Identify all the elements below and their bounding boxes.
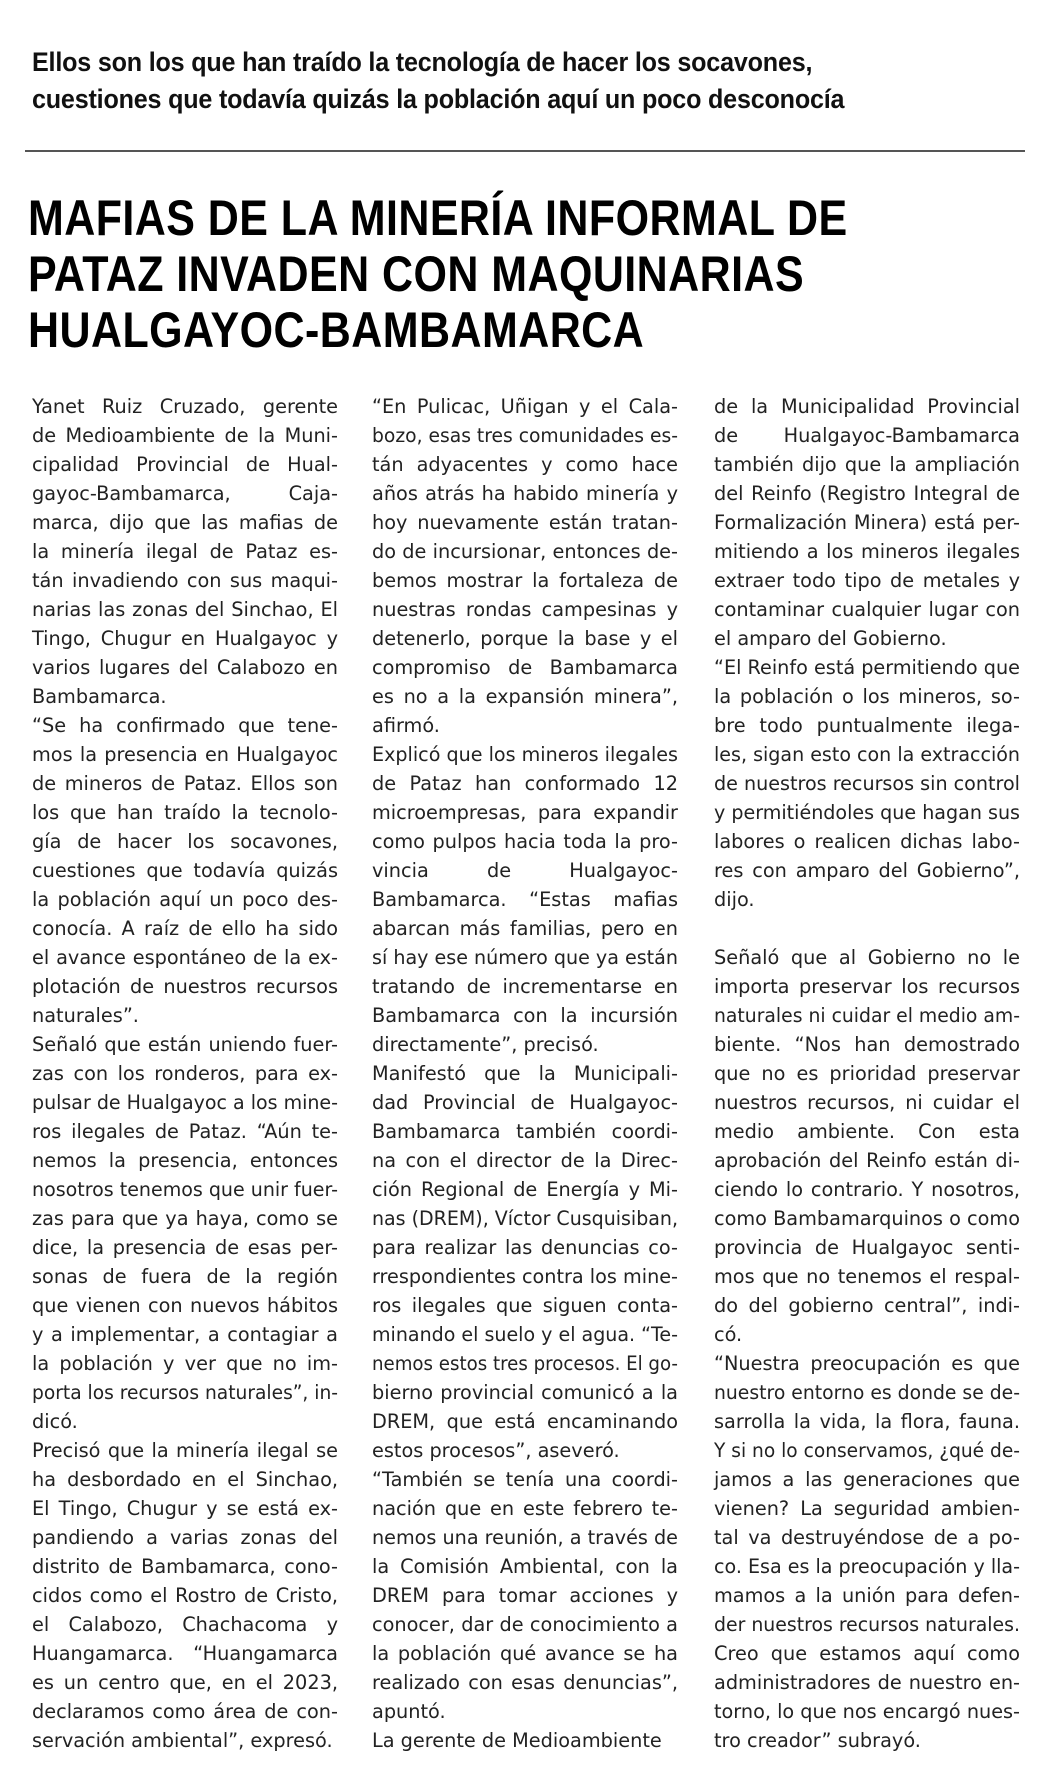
text-line: dijo. (714, 885, 1020, 914)
text-line: realizado con esas denuncias”, (372, 1668, 678, 1697)
headline: MAFIAS DE LA MINERÍA INFORMAL DE PATAZ I… (28, 190, 991, 358)
text-line: Explicó que los mineros ilegales (372, 740, 678, 769)
text-line: plotación de nuestros recursos (32, 972, 338, 1001)
text-line: del Reinfo (Registro Integral de (714, 479, 1020, 508)
paragraph-gap (714, 914, 1020, 943)
text-line: zas para que ya haya, como se (32, 1204, 338, 1233)
text-line: bre todo puntualmente ilega- (714, 711, 1020, 740)
text-line: y a implementar, a contagiar a (32, 1320, 338, 1349)
text-line: tratando de incrementarse en (372, 972, 678, 1001)
text-line: do de incursionar, entonces de- (372, 537, 678, 566)
text-line: para realizar las denuncias co- (372, 1233, 678, 1262)
pull-quote-line: Ellos son los que han traído la tecnolog… (32, 44, 953, 81)
text-line: nosotros tenemos que unir fuer- (32, 1175, 338, 1204)
text-line: hoy nuevamente están tratan- (372, 508, 678, 537)
text-line: bierno provincial comunicó a la (372, 1378, 678, 1407)
text-line: naturales ni cuidar el medio am- (714, 1001, 1020, 1030)
text-line: que vienen con nuevos hábitos (32, 1291, 338, 1320)
text-line: el avance espontáneo de la ex- (32, 943, 338, 972)
text-line: es no a la expansión minera”, (372, 682, 678, 711)
text-line: dicó. (32, 1407, 338, 1436)
text-line: “También se tenía una coordi- (372, 1465, 678, 1494)
text-line: nas (DREM), Víctor Cusquisiban, (372, 1204, 678, 1233)
text-line: Bambamarca. (32, 682, 338, 711)
text-line: como pulpos hacia toda la pro- (372, 827, 678, 856)
text-line: mos que no tenemos el respal- (714, 1262, 1020, 1291)
text-line: cidos como el Rostro de Cristo, (32, 1581, 338, 1610)
text-line: Manifestó que la Municipali- (372, 1059, 678, 1088)
text-line: de Pataz han conformado 12 (372, 769, 678, 798)
text-line: la Comisión Ambiental, con la (372, 1552, 678, 1581)
text-line: compromiso de Bambamarca (372, 653, 678, 682)
article-paragraph: Señaló que al Gobierno no leimporta pres… (714, 943, 1020, 1349)
text-line: tán adyacentes y como hace (372, 450, 678, 479)
text-line: La gerente de Medioambiente (372, 1726, 678, 1755)
text-line: también dijo que la ampliación (714, 450, 1020, 479)
article-paragraph: Yanet Ruiz Cruzado, gerentede Medioambie… (32, 392, 338, 711)
text-line: Señaló que al Gobierno no le (714, 943, 1020, 972)
text-line: es un centro que, en el 2023, (32, 1668, 338, 1697)
pull-quote: Ellos son los que han traído la tecnolog… (32, 44, 953, 118)
text-line: medio ambiente. Con esta (714, 1117, 1020, 1146)
text-line: narias las zonas del Sinchao, El (32, 595, 338, 624)
text-line: torno, lo que nos encargó nues- (714, 1697, 1020, 1726)
text-line: pandiendo a varias zonas del (32, 1523, 338, 1552)
text-line: bemos mostrar la fortaleza de (372, 566, 678, 595)
text-line: naturales”. (32, 1001, 338, 1030)
text-line: detenerlo, porque la base y el (372, 624, 678, 653)
text-line: do del gobierno central”, indi- (714, 1291, 1020, 1320)
text-line: administradores de nuestro en- (714, 1668, 1020, 1697)
text-line: de la Municipalidad Provincial (714, 392, 1020, 421)
headline-line: HUALGAYOC-BAMBAMARCA (28, 302, 991, 358)
text-line: nación que en este febrero te- (372, 1494, 678, 1523)
text-line: ros ilegales que siguen conta- (372, 1291, 678, 1320)
text-line: la población aquí un poco des- (32, 885, 338, 914)
text-line: “El Reinfo está permitiendo que (714, 653, 1020, 682)
text-line: que no es prioridad preservar (714, 1059, 1020, 1088)
text-line: declaramos como área de con- (32, 1697, 338, 1726)
text-line: Señaló que están uniendo fuer- (32, 1030, 338, 1059)
text-line: bozo, esas tres comunidades es- (372, 421, 678, 450)
article-paragraph: “También se tenía una coordi-nación que … (372, 1465, 678, 1726)
text-line: los que han traído la tecnolo- (32, 798, 338, 827)
text-line: marca, dijo que las mafias de (32, 508, 338, 537)
article-paragraph: “Nuestra preocupación es quenuestro ento… (714, 1349, 1020, 1755)
article-paragraph: “Se ha confirmado que tene-mos la presen… (32, 711, 338, 1030)
text-line: “Se ha confirmado que tene- (32, 711, 338, 740)
text-line: Huangamarca. “Huangamarca (32, 1639, 338, 1668)
text-line: la población qué avance se ha (372, 1639, 678, 1668)
text-line: mos la presencia en Hualgayoc (32, 740, 338, 769)
text-line: dice, la presencia de esas per- (32, 1233, 338, 1262)
text-line: có. (714, 1320, 1020, 1349)
text-line: la minería ilegal de Pataz es- (32, 537, 338, 566)
article-column-2: “En Pulicac, Uñigan y el Cala-bozo, esas… (372, 392, 678, 1755)
text-line: conocer, dar de conocimiento a (372, 1610, 678, 1639)
pull-quote-line: cuestiones que todavía quizás la poblaci… (32, 81, 953, 118)
text-line: porta los recursos naturales”, in- (32, 1378, 338, 1407)
article-paragraph: Manifestó que la Municipali-dad Provinci… (372, 1059, 678, 1465)
article-column-3: de la Municipalidad Provincialde Hualgay… (714, 392, 1020, 1755)
text-line: res con amparo del Gobierno”, (714, 856, 1020, 885)
text-line: “Nuestra preocupación es que (714, 1349, 1020, 1378)
text-line: Bambamarca también coordi- (372, 1117, 678, 1146)
text-line: contaminar cualquier lugar con (714, 595, 1020, 624)
text-line: Yanet Ruiz Cruzado, gerente (32, 392, 338, 421)
text-line: nemos la presencia, entonces (32, 1146, 338, 1175)
text-line: Tingo, Chugur en Hualgayoc y (32, 624, 338, 653)
text-line: de Hualgayoc-Bambamarca (714, 421, 1020, 450)
text-line: jamos a las generaciones que (714, 1465, 1020, 1494)
text-line: conocía. A raíz de ello ha sido (32, 914, 338, 943)
text-line: minando el suelo y el agua. “Te- (372, 1320, 678, 1349)
article-paragraph: “El Reinfo está permitiendo quela poblac… (714, 653, 1020, 914)
text-line: gayoc-Bambamarca, Caja- (32, 479, 338, 508)
text-line: directamente”, precisó. (372, 1030, 678, 1059)
text-line: dad Provincial de Hualgayoc- (372, 1088, 678, 1117)
text-line: DREM, que está encaminando (372, 1407, 678, 1436)
text-line: el amparo del Gobierno. (714, 624, 1020, 653)
text-line: biente. “Nos han demostrado (714, 1030, 1020, 1059)
text-line: vincia de Hualgayoc- (372, 856, 678, 885)
text-line: de nuestros recursos sin control (714, 769, 1020, 798)
text-line: vienen? La seguridad ambien- (714, 1494, 1020, 1523)
text-line: estos procesos”, aseveró. (372, 1436, 678, 1465)
text-line: ros ilegales de Pataz. “Aún te- (32, 1117, 338, 1146)
text-line: abarcan más familias, pero en (372, 914, 678, 943)
text-line: el Calabozo, Chachacoma y (32, 1610, 338, 1639)
text-line: sonas de fuera de la región (32, 1262, 338, 1291)
text-line: pulsar de Hualgayoc a los mine- (32, 1088, 338, 1117)
text-line: labores o realicen dichas labo- (714, 827, 1020, 856)
text-line: provincia de Hualgayoc senti- (714, 1233, 1020, 1262)
text-line: y permitiéndoles que hagan sus (714, 798, 1020, 827)
text-line: nemos estos tres procesos. El go- (372, 1349, 678, 1378)
text-line: Bambamarca con la incursión (372, 1001, 678, 1030)
text-line: cuestiones que todavía quizás (32, 856, 338, 885)
text-line: sarrolla la vida, la flora, fauna. (714, 1407, 1020, 1436)
article-paragraph (714, 914, 1020, 943)
text-line: nuestros recursos, ni cuidar el (714, 1088, 1020, 1117)
text-line: der nuestros recursos naturales. (714, 1610, 1020, 1639)
article-paragraph: Precisó que la minería ilegal seha desbo… (32, 1436, 338, 1755)
text-line: Bambamarca. “Estas mafias (372, 885, 678, 914)
text-line: nuestro entorno es donde se de- (714, 1378, 1020, 1407)
text-line: rrespondientes contra los mine- (372, 1262, 678, 1291)
section-divider (25, 150, 1025, 152)
text-line: nemos una reunión, a través de (372, 1523, 678, 1552)
article-paragraph: Explicó que los mineros ilegalesde Pataz… (372, 740, 678, 1059)
text-line: co. Esa es la preocupación y lla- (714, 1552, 1020, 1581)
text-line: servación ambiental”, expresó. (32, 1726, 338, 1755)
text-line: de Medioambiente de la Muni- (32, 421, 338, 450)
text-line: mamos a la unión para defen- (714, 1581, 1020, 1610)
text-line: años atrás ha habido minería y (372, 479, 678, 508)
text-line: DREM para tomar acciones y (372, 1581, 678, 1610)
text-line: extraer todo tipo de metales y (714, 566, 1020, 595)
headline-line: MAFIAS DE LA MINERÍA INFORMAL DE (28, 190, 991, 246)
text-line: Creo que estamos aquí como (714, 1639, 1020, 1668)
text-line: nuestras rondas campesinas y (372, 595, 678, 624)
text-line: importa preservar los recursos (714, 972, 1020, 1001)
text-line: como Bambamarquinos o como (714, 1204, 1020, 1233)
article-paragraph: La gerente de Medioambiente (372, 1726, 678, 1755)
article-paragraph: de la Municipalidad Provincialde Hualgay… (714, 392, 1020, 653)
text-line: ha desbordado en el Sinchao, (32, 1465, 338, 1494)
text-line: El Tingo, Chugur y se está ex- (32, 1494, 338, 1523)
text-line: apuntó. (372, 1697, 678, 1726)
text-line: la población o los mineros, so- (714, 682, 1020, 711)
text-line: zas con los ronderos, para ex- (32, 1059, 338, 1088)
headline-line: PATAZ INVADEN CON MAQUINARIAS (28, 246, 991, 302)
article-paragraph: Señaló que están uniendo fuer-zas con lo… (32, 1030, 338, 1436)
text-line: tán invadiendo con sus maqui- (32, 566, 338, 595)
text-line: Y si no lo conservamos, ¿qué de- (714, 1436, 1020, 1465)
text-line: afirmó. (372, 711, 678, 740)
text-line: la población y ver que no im- (32, 1349, 338, 1378)
text-line: sí hay ese número que ya están (372, 943, 678, 972)
text-line: ción Regional de Energía y Mi- (372, 1175, 678, 1204)
text-line: microempresas, para expandir (372, 798, 678, 827)
text-line: de mineros de Pataz. Ellos son (32, 769, 338, 798)
text-line: Precisó que la minería ilegal se (32, 1436, 338, 1465)
text-line: tal va destruyéndose de a po- (714, 1523, 1020, 1552)
text-line: cipalidad Provincial de Hual- (32, 450, 338, 479)
text-line: mitiendo a los mineros ilegales (714, 537, 1020, 566)
text-line: gía de hacer los socavones, (32, 827, 338, 856)
text-line: ciendo lo contrario. Y nosotros, (714, 1175, 1020, 1204)
text-line: “En Pulicac, Uñigan y el Cala- (372, 392, 678, 421)
article-paragraph: “En Pulicac, Uñigan y el Cala-bozo, esas… (372, 392, 678, 740)
text-line: les, sigan esto con la extracción (714, 740, 1020, 769)
text-line: na con el director de la Direc- (372, 1146, 678, 1175)
text-line: distrito de Bambamarca, cono- (32, 1552, 338, 1581)
text-line: Formalización Minera) está per- (714, 508, 1020, 537)
article-column-1: Yanet Ruiz Cruzado, gerentede Medioambie… (32, 392, 338, 1755)
text-line: tro creador” subrayó. (714, 1726, 1020, 1755)
text-line: aprobación del Reinfo están di- (714, 1146, 1020, 1175)
text-line: varios lugares del Calabozo en (32, 653, 338, 682)
